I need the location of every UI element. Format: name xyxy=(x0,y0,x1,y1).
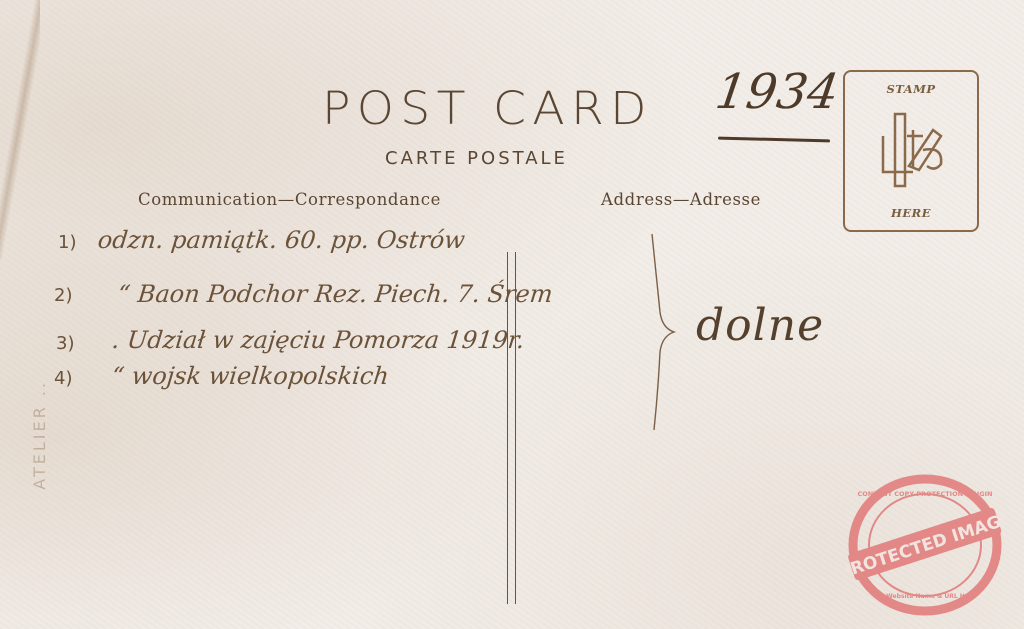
faded-side-text: ATELIER .. xyxy=(30,380,49,490)
paper-crease xyxy=(0,0,40,260)
note-text: “ Baon Podchor Rez. Piech. 7. Śrem xyxy=(117,280,555,308)
handwritten-year: 1934 xyxy=(712,64,842,120)
stamp-box: STAMP HERE xyxy=(843,70,979,232)
stamp-top-text: STAMP xyxy=(845,82,977,96)
note-text: “ wojsk wielkopolskich xyxy=(111,362,391,390)
note-number: 4) xyxy=(54,368,72,389)
lk-monogram-icon xyxy=(875,106,951,192)
address-label: Address—Adresse xyxy=(601,190,761,209)
communication-label: Communication—Correspondance xyxy=(138,190,441,209)
address-text: dolne xyxy=(696,300,824,351)
curly-brace xyxy=(648,232,678,432)
postcard-title: POST CARD xyxy=(322,82,653,135)
note-text: odzn. pamiątk. 60. pp. Ostrów xyxy=(97,226,467,254)
watermark-bottom-text: My Website Name & URL Here xyxy=(874,593,976,600)
stamp-bottom-text: HERE xyxy=(845,206,977,220)
note-number: 1) xyxy=(58,232,76,253)
note-text: . Udział w zajęciu Pomorza 1919r. xyxy=(111,326,526,354)
protected-image-watermark: PROTECTED IMAGE CONTENT COPY PROTECTION … xyxy=(846,474,1004,616)
note-number: 3) xyxy=(56,333,74,354)
watermark-outer-text: CONTENT COPY PROTECTION PLUGIN xyxy=(858,490,993,498)
postcard-subtitle: CARTE POSTALE xyxy=(385,148,568,169)
note-number: 2) xyxy=(54,285,72,306)
